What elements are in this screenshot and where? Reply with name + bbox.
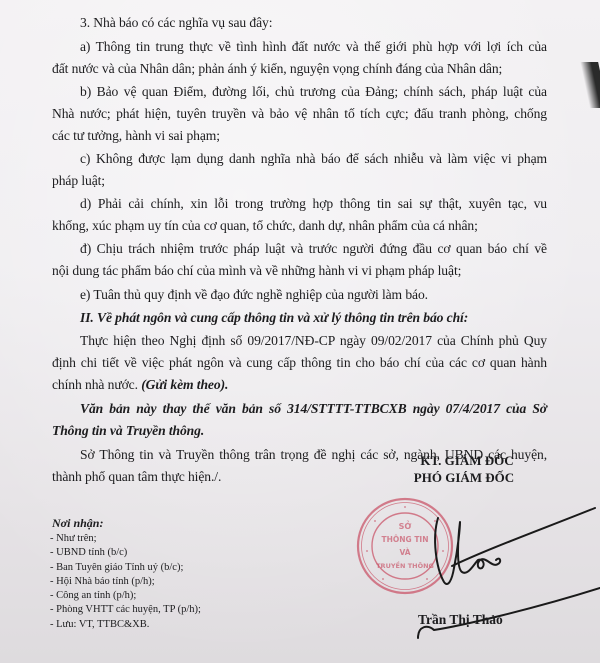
signature-title: KT. GIÁM ĐỐC xyxy=(412,452,522,470)
recipient-item: Hội Nhà báo tỉnh (p/h); xyxy=(50,575,201,589)
recipients-list: Như trên; UBND tỉnh (b/c) Ban Tuyên giáo… xyxy=(50,532,201,632)
item-e-line-1: e) Tuân thủ quy định về đạo đức nghề ngh… xyxy=(80,286,580,304)
item-d-line-2: khống, xúc phạm uy tín của cơ quan, tổ c… xyxy=(52,217,552,235)
item-b-line-2: Nhà nước; phát hiện, tuyên truyền và bảo… xyxy=(52,105,547,123)
item-dd-line-2: nội dung tác phẩm báo chí của mình và về… xyxy=(52,262,552,280)
para1-line-3: chính nhà nước. (Gửi kèm theo). xyxy=(52,376,552,394)
para1-line-1: Thực hiện theo Nghị định số 09/2017/NĐ-C… xyxy=(80,332,547,350)
replace-line-2: Thông tin và Truyền thông. xyxy=(52,422,552,440)
item-a-line-1: a) Thông tin trung thực về tình hình đất… xyxy=(80,38,547,56)
recipient-item: Phòng VHTT các huyện, TP (p/h); xyxy=(50,603,201,617)
item-dd-line-1: đ) Chịu trách nhiệm trước pháp luật và t… xyxy=(80,240,547,258)
page-edge-shadow xyxy=(580,62,600,108)
item-b-line-1: b) Bảo vệ quan Điểm, đường lối, chủ trươ… xyxy=(80,83,547,101)
para1-last-text: chính nhà nước. xyxy=(52,377,138,392)
para1-line-2: định chi tiết về việc phát ngôn và cung … xyxy=(52,354,547,372)
item-d-line-1: d) Phải cải chính, xin lỗi trong trường … xyxy=(80,195,547,213)
attachment-note: (Gửi kèm theo). xyxy=(141,377,228,392)
signature-subtitle: PHÓ GIÁM ĐỐC xyxy=(405,470,523,486)
section-3-heading: 3. Nhà báo có các nghĩa vụ sau đây: xyxy=(80,14,580,32)
recipient-item: Lưu: VT, TTBC&XB. xyxy=(50,618,201,632)
replace-line-1: Văn bản này thay thế văn bản số 314/STTT… xyxy=(80,400,547,418)
recipients-title: Nơi nhận: xyxy=(52,516,103,531)
item-c-line-1: c) Không được lạm dụng danh nghĩa nhà bá… xyxy=(80,150,547,168)
recipient-item: Công an tỉnh (p/h); xyxy=(50,589,201,603)
recipient-item: Ban Tuyên giáo Tỉnh uỷ (b/c); xyxy=(50,561,201,575)
recipient-item: UBND tỉnh (b/c) xyxy=(50,546,201,560)
recipient-item: Như trên; xyxy=(50,532,201,546)
item-c-line-2: pháp luật; xyxy=(52,172,552,190)
document-page: 3. Nhà báo có các nghĩa vụ sau đây: a) T… xyxy=(0,0,600,663)
signer-name: Trần Thị Thảo xyxy=(418,612,503,628)
item-a-line-2: đất nước và của Nhân dân; phản ánh ý kiế… xyxy=(52,60,552,78)
item-b-line-3: các tư tưởng, hành vi sai phạm; xyxy=(52,127,552,145)
section-2-heading: II. Về phát ngôn và cung cấp thông tin v… xyxy=(80,309,580,327)
